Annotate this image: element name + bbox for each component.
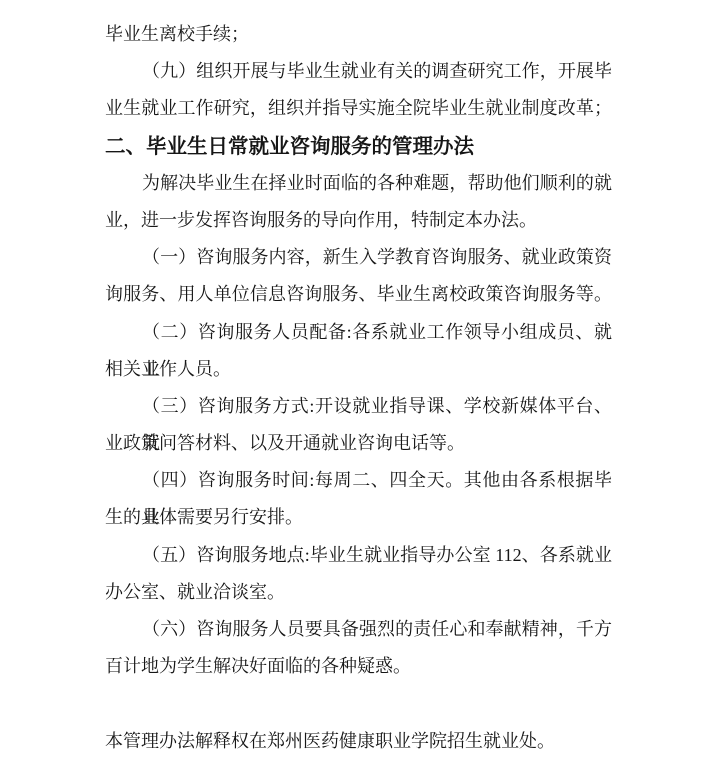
section-heading: 二、毕业生日常就业咨询服务的管理办法 xyxy=(105,128,612,165)
text-line: 百计地为学生解决好面临的各种疑惑。 xyxy=(105,648,612,685)
text-line: （二）咨询服务人员配备:各系就业工作领导小组成员、就业 xyxy=(105,314,612,351)
text-line: 业政策问答材料、以及开通就业咨询电话等。 xyxy=(105,425,612,462)
text-line: （四）咨询服务时间:每周二、四全天。其他由各系根据毕业 xyxy=(105,462,612,499)
text-line: （一）咨询服务内容，新生入学教育咨询服务、就业政策资 xyxy=(105,239,612,276)
document-page: 毕业生离校手续；（九）组织开展与毕业生就业有关的调查研究工作，开展毕业生就业工作… xyxy=(0,0,709,763)
blank-line xyxy=(105,685,612,722)
text-line: （九）组织开展与毕业生就业有关的调查研究工作，开展毕 xyxy=(105,53,612,90)
text-line: 业生就业工作研究，组织并指导实施全院毕业生就业制度改革； xyxy=(105,90,612,127)
text-line: （六）咨询服务人员要具备强烈的责任心和奉献精神，千方 xyxy=(105,611,612,648)
text-line: 生的具体需要另行安排。 xyxy=(105,499,612,536)
document-content: 毕业生离校手续；（九）组织开展与毕业生就业有关的调查研究工作，开展毕业生就业工作… xyxy=(105,16,612,760)
text-line: 询服务、用人单位信息咨询服务、毕业生离校政策咨询服务等。 xyxy=(105,276,612,313)
text-line: （三）咨询服务方式:开设就业指导课、学校新媒体平台、就 xyxy=(105,388,612,425)
text-line: 为解决毕业生在择业时面临的各种难题，帮助他们顺利的就 xyxy=(105,165,612,202)
text-line: 相关工作人员。 xyxy=(105,351,612,388)
text-line: （五）咨询服务地点:毕业生就业指导办公室 112、各系就业 xyxy=(105,537,612,574)
text-line: 业，进一步发挥咨询服务的导向作用，特制定本办法。 xyxy=(105,202,612,239)
text-line: 毕业生离校手续； xyxy=(105,16,612,53)
text-line: 本管理办法解释权在郑州医药健康职业学院招生就业处。 xyxy=(105,723,612,760)
text-line: 办公室、就业洽谈室。 xyxy=(105,574,612,611)
